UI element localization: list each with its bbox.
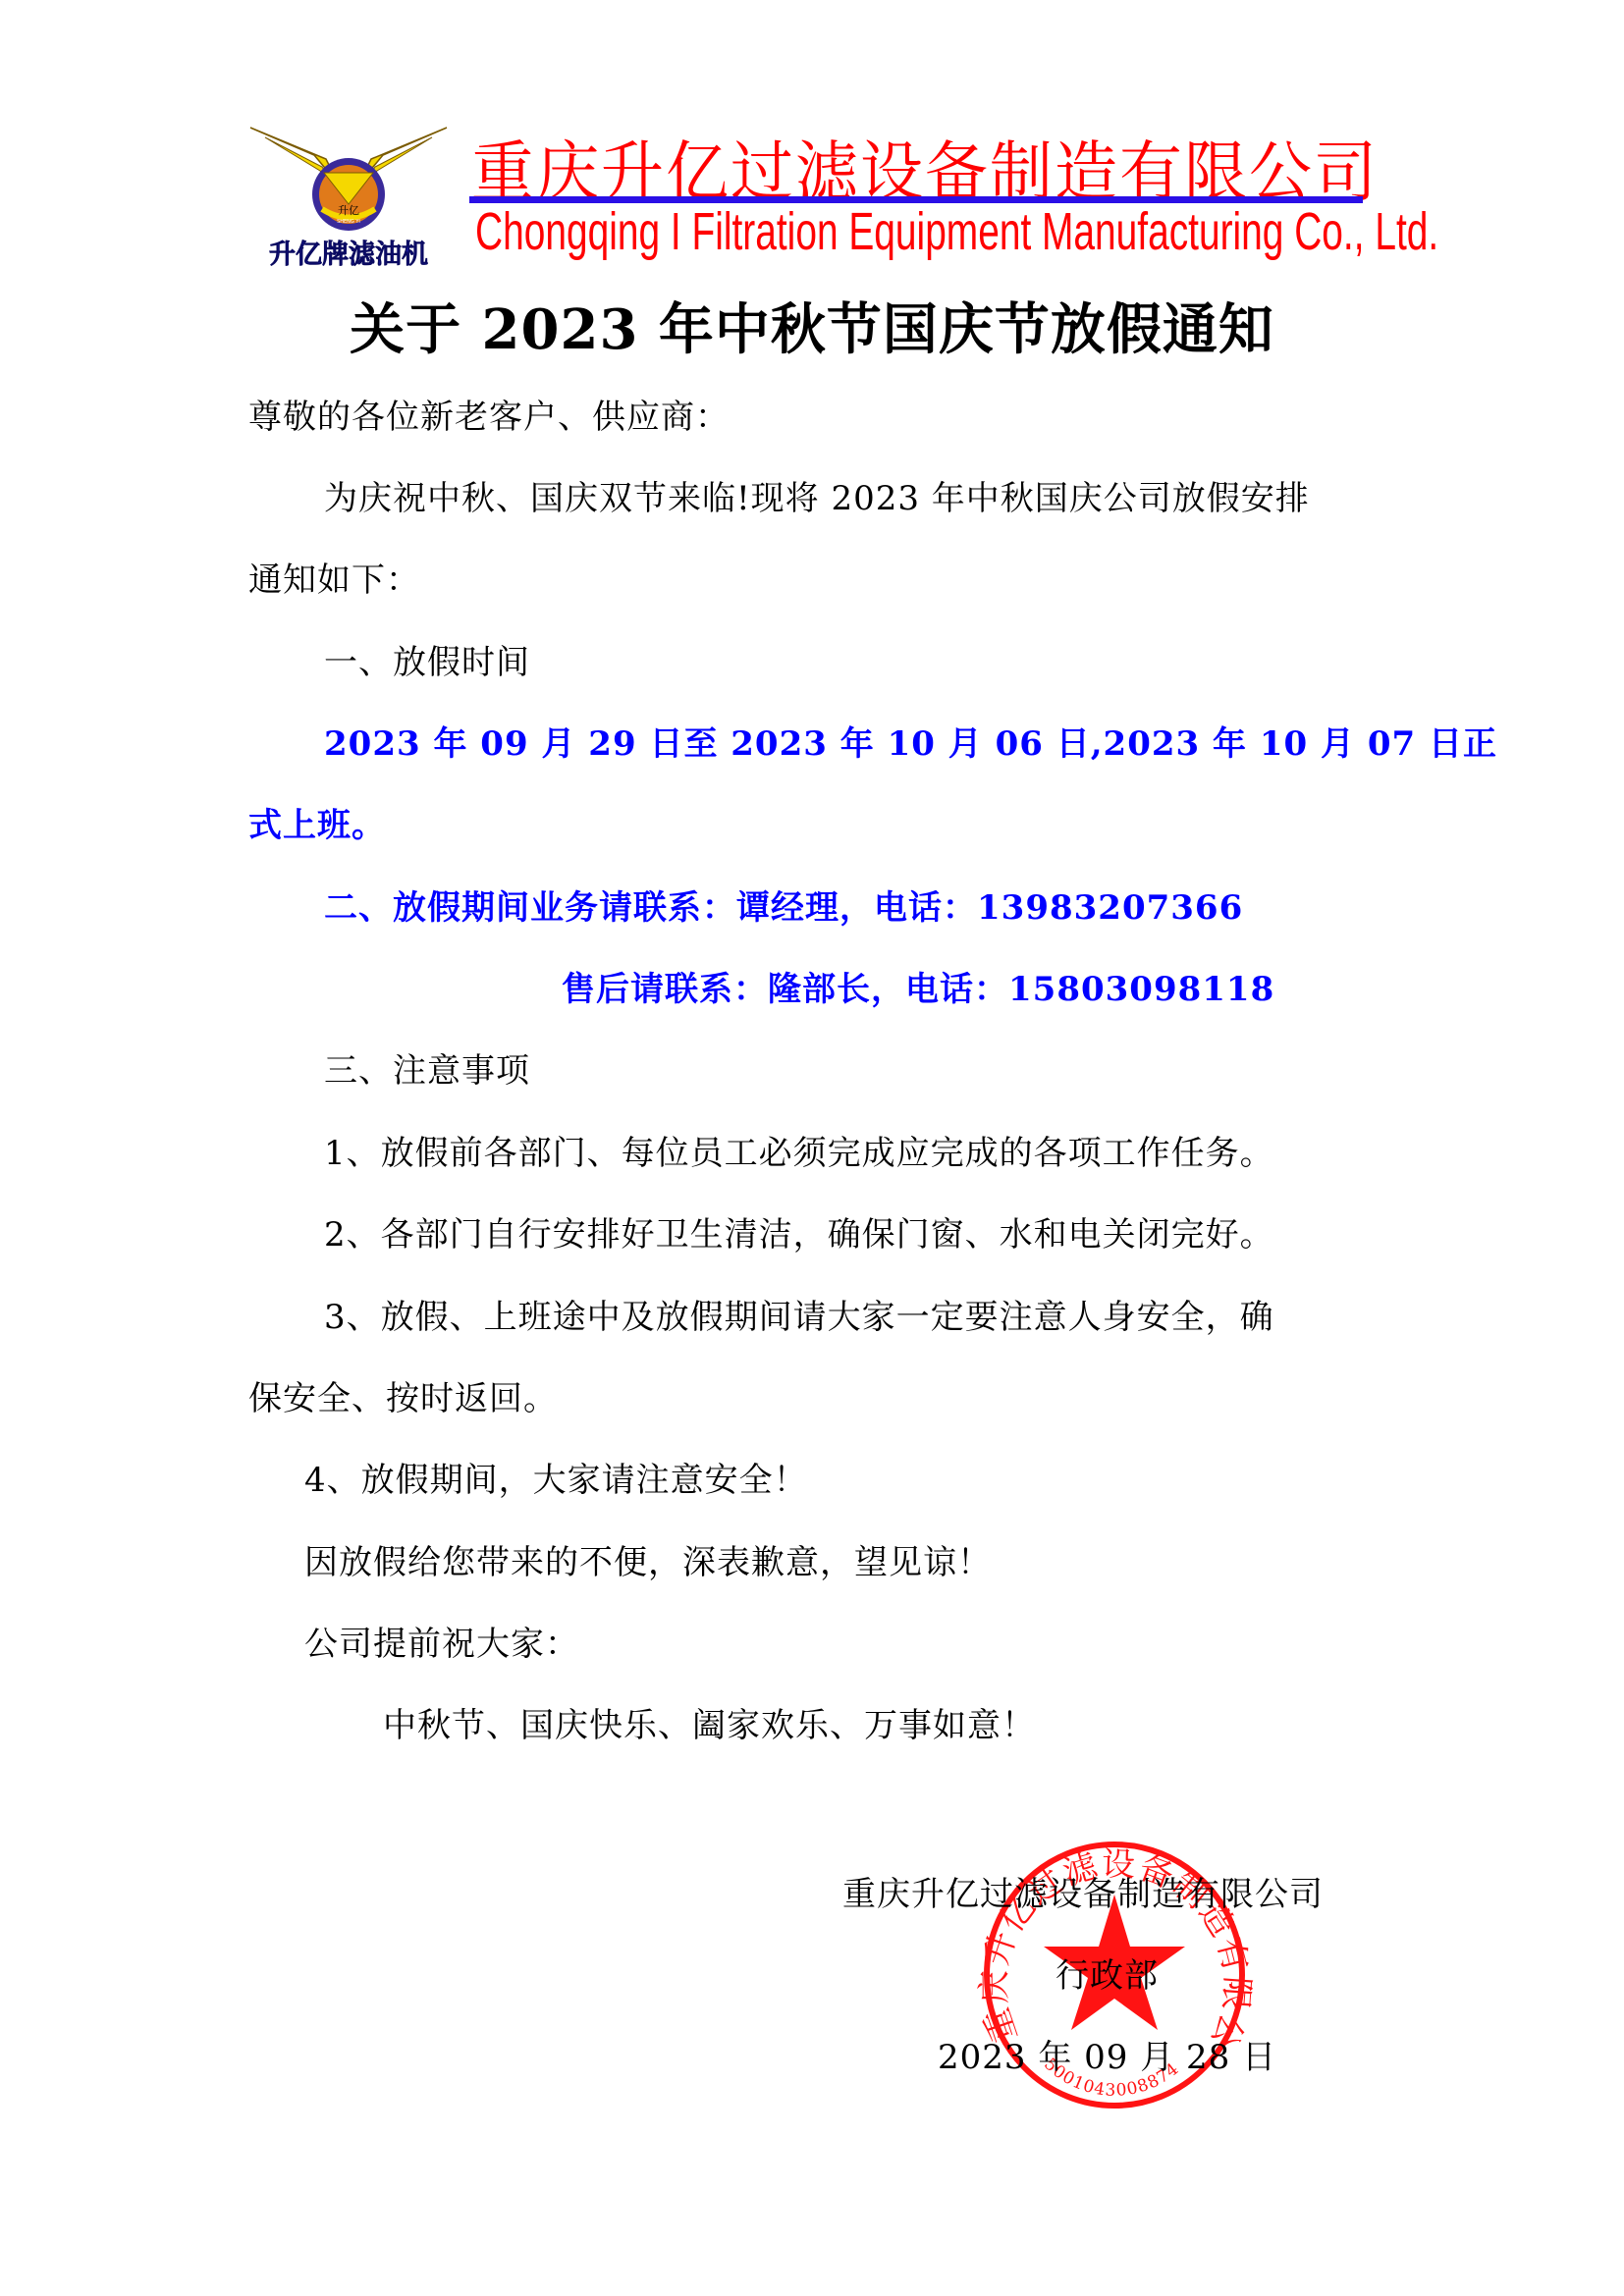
greeting: 尊敬的各位新老客户、供应商： bbox=[248, 398, 730, 437]
after-sales-contact: 售后请联系：隆部长，电话：15803098118 bbox=[562, 970, 1274, 1009]
company-logo: 升亿 SHENG YI 升亿牌滤油机 bbox=[245, 116, 452, 273]
wishes-intro: 公司提前祝大家： bbox=[304, 1625, 579, 1664]
svg-text:重庆升亿过滤设备制造有限公司: 重庆升亿过滤设备制造有限公司 bbox=[967, 1836, 1257, 2056]
svg-text:SHENG YI: SHENG YI bbox=[337, 219, 360, 225]
holiday-period-line-2: 式上班。 bbox=[248, 806, 386, 845]
section-3-heading: 三、注意事项 bbox=[324, 1051, 530, 1091]
svg-text:升亿: 升亿 bbox=[338, 203, 359, 217]
business-contact: 二、放假期间业务请联系：谭经理，电话：13983207366 bbox=[324, 888, 1243, 928]
signature-department: 行政部 bbox=[1056, 1956, 1159, 1996]
signature-date: 2023 年 09 月 28 日 bbox=[938, 2038, 1276, 2077]
brand-text: 升亿牌滤油机 bbox=[269, 240, 428, 270]
intro-line-2: 通知如下： bbox=[248, 561, 420, 600]
intro-line-1: 为庆祝中秋、国庆双节来临!现将 2023 年中秋国庆公司放假安排 bbox=[324, 479, 1310, 518]
holiday-period-line-1: 2023 年 09 月 29 日至 2023 年 10 月 06 日,2023 … bbox=[324, 724, 1497, 764]
document-title: 关于 2023 年中秋节国庆节放假通知 bbox=[0, 287, 1624, 365]
note-item: 3、放假、上班途中及放假期间请大家一定要注意人身安全，确 bbox=[324, 1298, 1274, 1337]
company-name-en: Chongqing I Filtration Equipment Manufac… bbox=[475, 201, 1438, 262]
apology-text: 因放假给您带来的不便，深表歉意，望见谅！ bbox=[304, 1543, 992, 1582]
signature-company: 重庆升亿过滤设备制造有限公司 bbox=[842, 1875, 1324, 1914]
winged-emblem-icon: 升亿 SHENG YI 升亿牌滤油机 bbox=[245, 116, 452, 273]
section-1-heading: 一、放假时间 bbox=[324, 643, 530, 682]
note-item-continuation: 保安全、按时返回。 bbox=[248, 1379, 558, 1418]
wishes-text: 中秋节、国庆快乐、阖家欢乐、万事如意！ bbox=[383, 1706, 1036, 1745]
note-item: 4、放假期间，大家请注意安全！ bbox=[304, 1461, 808, 1500]
note-item: 2、各部门自行安排好卫生清洁，确保门窗、水和电关闭完好。 bbox=[324, 1215, 1274, 1255]
note-item: 1、放假前各部门、每位员工必须完成应完成的各项工作任务。 bbox=[324, 1134, 1274, 1173]
